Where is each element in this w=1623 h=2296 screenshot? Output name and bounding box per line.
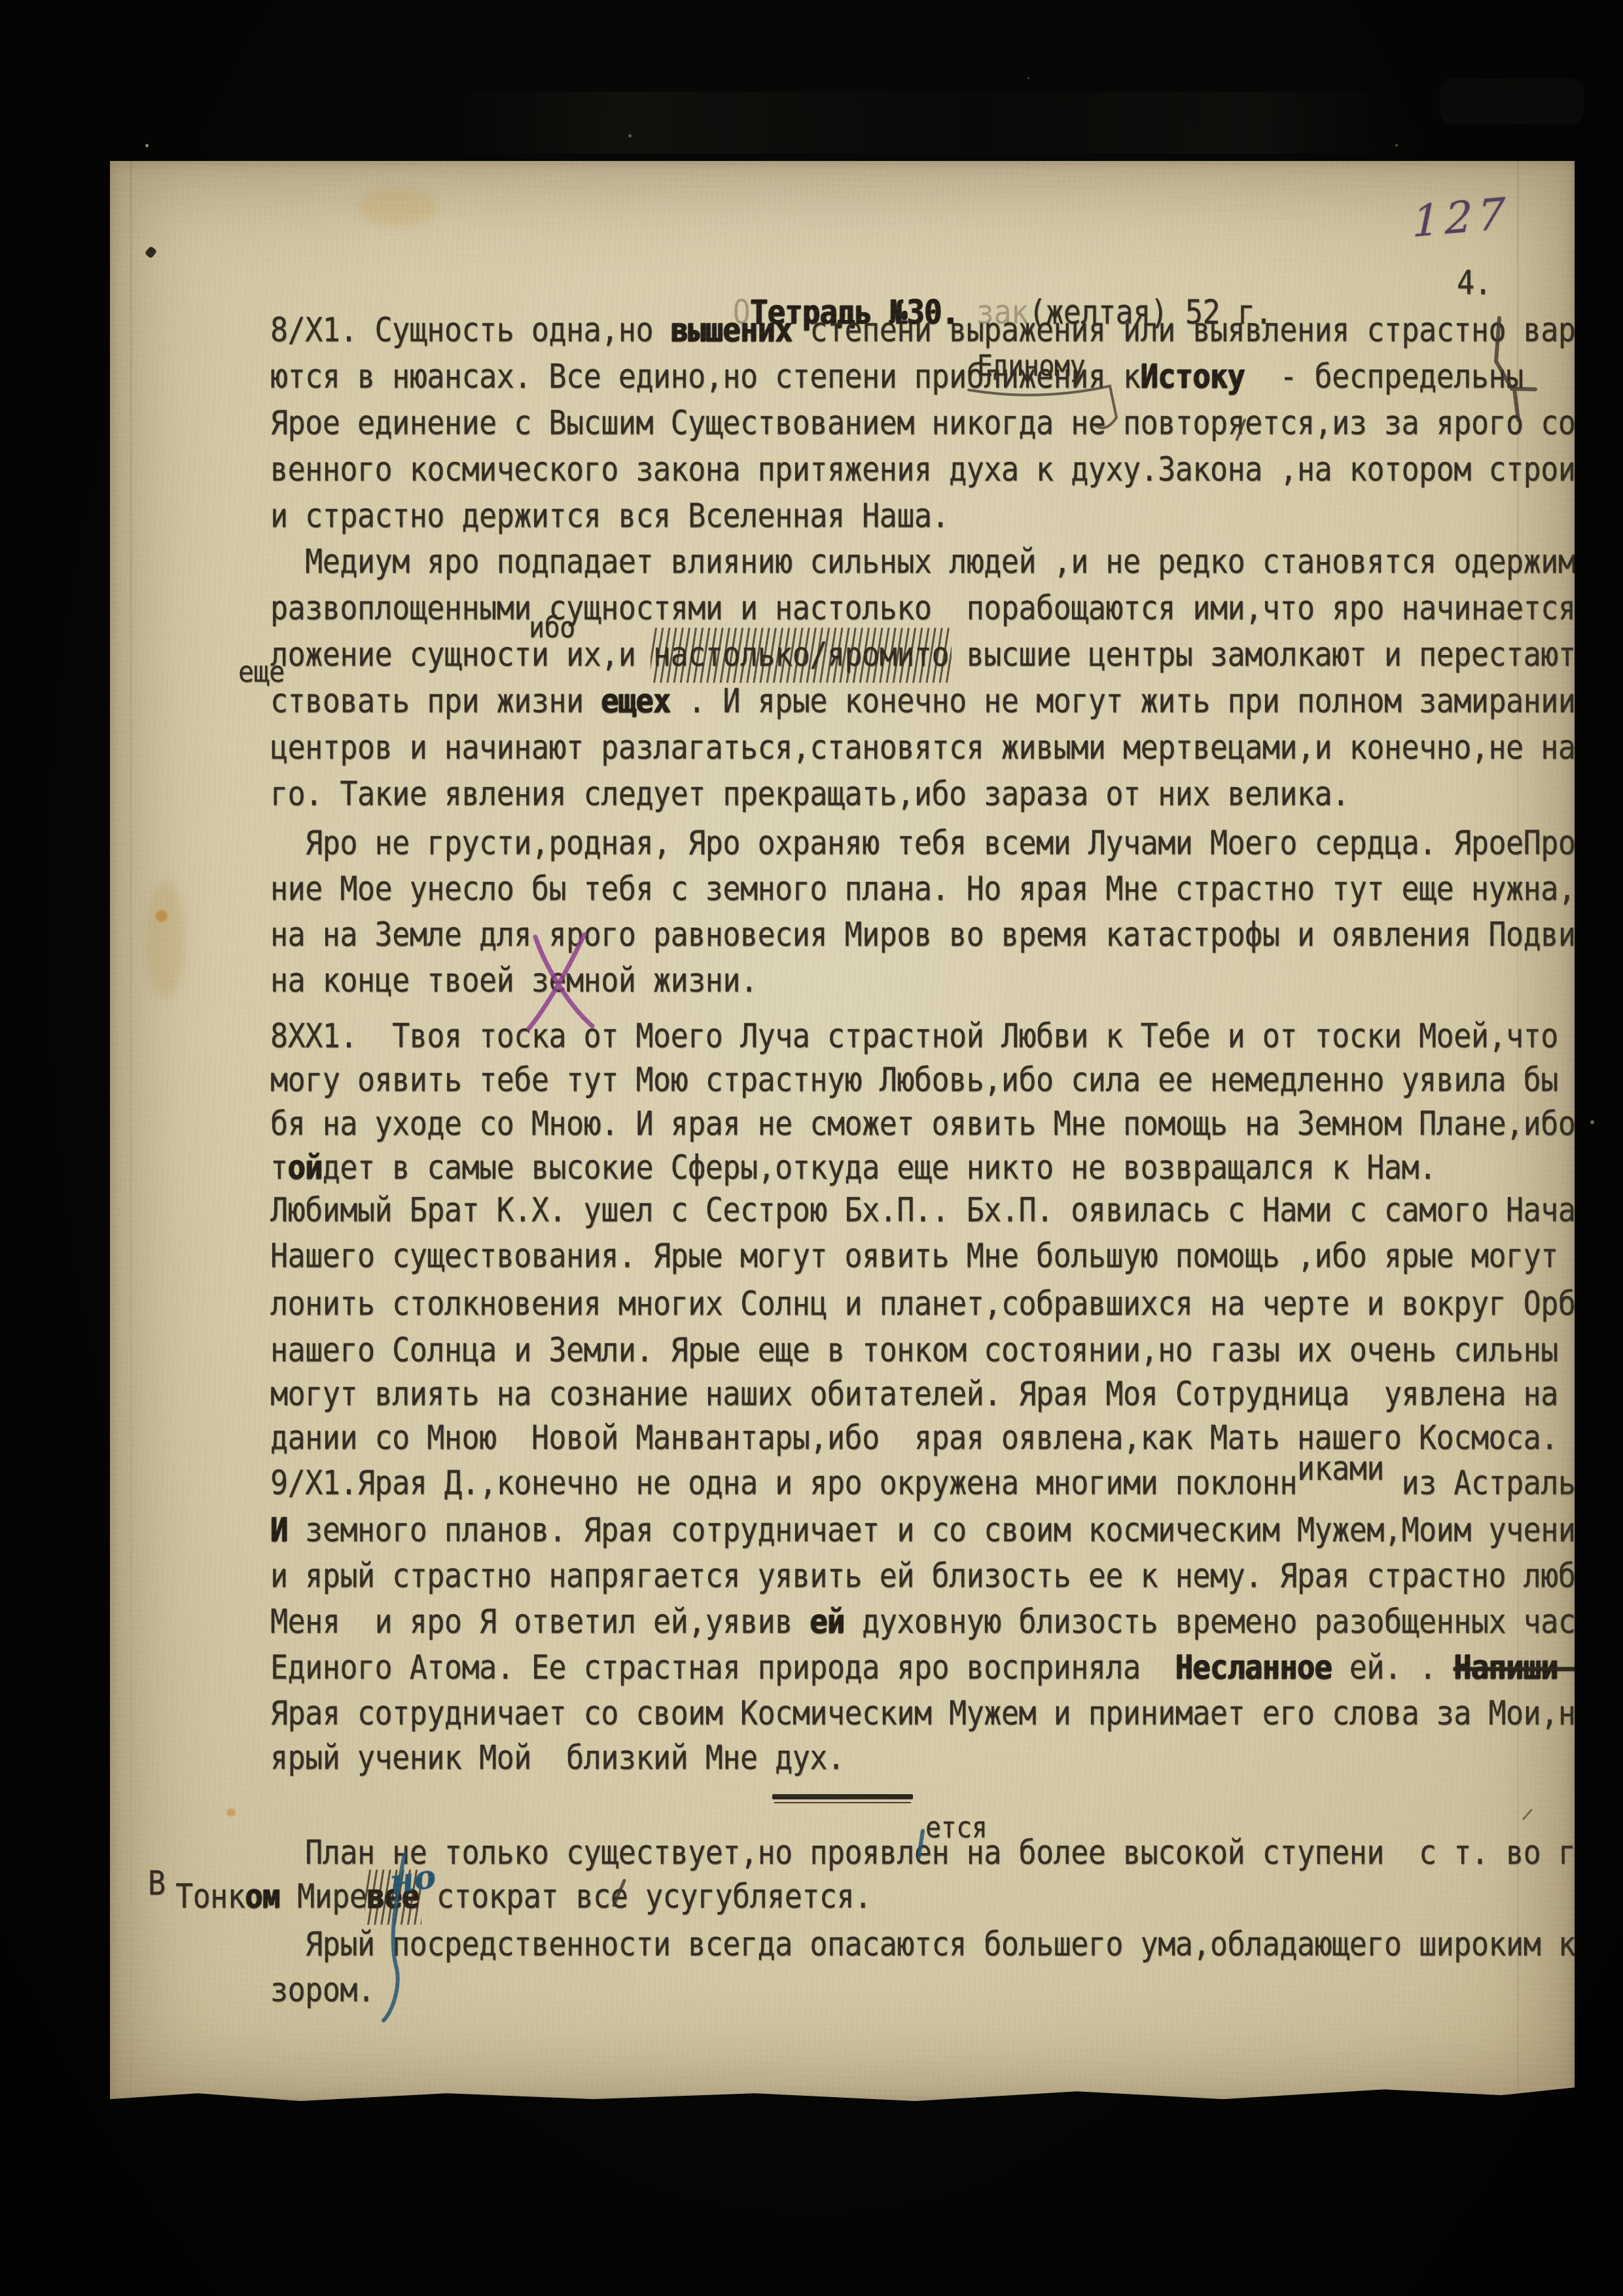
typed-line: бя на уходе со Мною. И ярая не сможет оя…	[270, 1106, 1623, 1141]
typed-line: на конце твоей земной жизни.	[270, 963, 758, 998]
typed-line: Ярая сотрудничает со своим Космическим М…	[270, 1696, 1593, 1731]
typed-line: 8/Х1. Сущность одна,но вышених степени в…	[270, 313, 1623, 347]
tick-mark	[1524, 1810, 1531, 1819]
typed-line: ложение сущности их,и настолько/яромито …	[270, 637, 1623, 672]
paper-stain	[359, 187, 437, 226]
typed-line: 8ХХ1. Твоя тоска от Моего Луча страстной…	[270, 1019, 1611, 1053]
handwritten-correction: но	[387, 1856, 438, 1901]
dust-speck	[1590, 1120, 1594, 1124]
paper-sheet: 127 4. ОТетрадь №30. зак(желтая) 52 г. 8…	[110, 161, 1575, 2103]
typed-line: центров и начинают разлагаться,становятс…	[270, 730, 1623, 765]
typed-line: развоплощенными сущностями и настолько п…	[270, 591, 1623, 626]
dust-speck	[628, 134, 632, 137]
scanner-smudge	[1440, 79, 1584, 124]
typed-line: нашего Солнца и Земли. Ярые еще в тонком…	[270, 1333, 1593, 1368]
dust-speck	[1027, 77, 1029, 79]
typed-line: И земного планов. Ярая сотрудничает и со…	[270, 1513, 1623, 1547]
typed-line: ярый ученик Мой близкий Мне дух.	[270, 1740, 845, 1775]
typed-insertion: ется	[925, 1812, 987, 1843]
dust-speck	[1395, 144, 1398, 147]
typed-line: зором.	[270, 1973, 375, 2007]
scanner-smudge	[452, 92, 1400, 154]
typed-line: лонить столкновения многих Солнц и плане…	[270, 1286, 1623, 1321]
typed-line: и страстно держится вся Вселенная Наша.	[270, 499, 949, 533]
typed-line: Яро не грусти,родная, Яро охраняю тебя в…	[270, 826, 1623, 860]
typed-line: Медиум яро подпадает влиянию сильных люд…	[270, 544, 1623, 579]
typed-line: ются в нюансах. Все едино,но степени при…	[270, 359, 1524, 394]
typed-line: Нашего существования. Ярые могут оявить …	[270, 1239, 1623, 1273]
separator-line	[772, 1794, 913, 1799]
dust-speck	[145, 144, 149, 147]
typed-line: го. Такие явления следует прекращать,ибо…	[270, 777, 1349, 811]
typed-line: могу оявить тебе тут Мою страстную Любов…	[270, 1063, 1623, 1097]
typed-line: Ярое единение с Высшим Существованием ни…	[270, 406, 1623, 440]
scanned-page-scene: 127 4. ОТетрадь №30. зак(желтая) 52 г. 8…	[0, 0, 1623, 2296]
typed-line: Единого Атома. Ее страстная природа яро …	[270, 1650, 1611, 1685]
typed-line: ствовать при жизни ещех . И ярые конечно…	[270, 684, 1623, 718]
typed-line: Ярый посредственности всегда опасаются б…	[270, 1927, 1623, 1962]
crossed-out-text: Напиши ей	[1454, 1648, 1610, 1687]
typed-line: ние Мое унесло бы тебя с земного плана. …	[270, 872, 1623, 906]
typed-line: и ярый страстно напрягается уявить ей бл…	[270, 1559, 1611, 1593]
paper-stain	[156, 910, 168, 922]
ink-mark	[145, 246, 158, 259]
typed-line: Любимый Брат К.Х. ушел с Сестрою Бх.П.. …	[270, 1193, 1611, 1227]
paper-fold-line	[130, 161, 132, 2103]
page-number: 4.	[1457, 266, 1491, 300]
typed-line: Тонком Миревее стократ все усугубляется.	[175, 1879, 872, 1914]
paper-stain	[226, 1809, 236, 1816]
raised-text: иками	[1297, 1449, 1384, 1487]
crossed-out-text: настолько/яромито	[653, 635, 949, 674]
margin-letter: В	[148, 1866, 166, 1901]
typed-line: венного космического закона притяжения д…	[270, 452, 1623, 487]
typed-line: Меня и яро Я ответил ей,уявив ей духовну…	[270, 1604, 1623, 1639]
typed-line: могут влиять на сознание наших обитателе…	[270, 1377, 1623, 1411]
typed-line: 9/Х1.Ярая Д.,конечно не одна и яро окруж…	[270, 1466, 1623, 1500]
typed-line: тойдет в самые высокие Сферы,откуда еще …	[270, 1150, 1436, 1185]
typed-line: на на Земле для ярого равновесия Миров в…	[270, 917, 1623, 952]
handwritten-folio-number: 127	[1412, 188, 1511, 247]
paper-stain	[146, 881, 185, 998]
